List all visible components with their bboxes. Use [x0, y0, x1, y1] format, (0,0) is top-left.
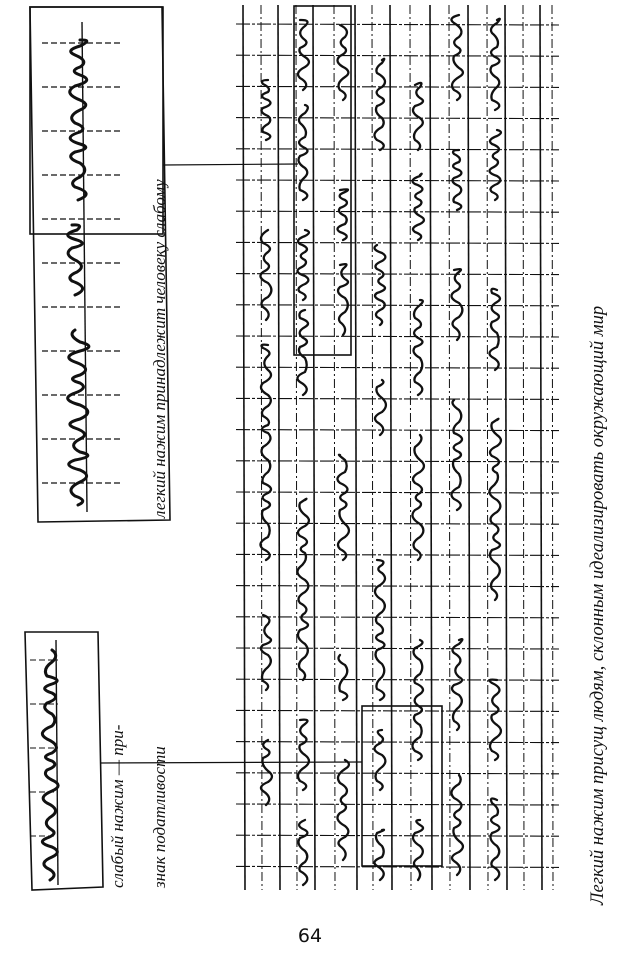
figure-caption: Легкий нажим присущ людям, склонным идеа… — [588, 306, 609, 905]
bottom-box-caption-line1: слабый нажим — при- — [108, 725, 128, 888]
handwriting-figure — [0, 0, 620, 955]
bottom-box-caption-line2: знак податливости — [150, 746, 170, 888]
top-box-caption: легкий нажим принадлежит человеку слабом… — [150, 179, 170, 518]
grid-paper — [236, 5, 559, 890]
annotation-boxes — [25, 6, 442, 890]
page-number: 64 — [0, 925, 620, 947]
